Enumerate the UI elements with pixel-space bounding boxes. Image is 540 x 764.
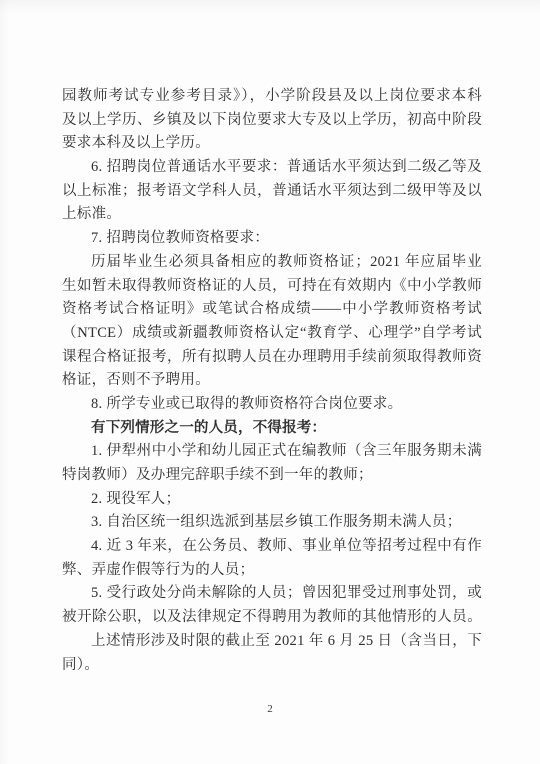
text-line: （NTCE）成绩或新疆教师资格认定“教育学、心理学”自学考试 — [62, 322, 482, 346]
document-body: 园教师考试专业参考目录》），小学阶段县及以上岗位要求本科及以上学历、乡镇及以下岗… — [62, 85, 482, 677]
text-line: 4. 近 3 年来，在公务员、教师、事业单位等招考过程中有作 — [62, 535, 482, 559]
text-line: 格证，否则不予聘用。 — [62, 369, 482, 393]
text-line: 有下列情形之一的人员，不得报考： — [62, 417, 482, 441]
text-line: 要求本科及以上学历。 — [62, 132, 482, 156]
text-line: 资格考试合格证明》或笔试合格成绩——中小学教师资格考试 — [62, 298, 482, 322]
text-line: 上标准。 — [62, 203, 482, 227]
text-line: 7. 招聘岗位教师资格要求： — [62, 227, 482, 251]
page-number: 2 — [0, 703, 540, 715]
text-line: 同）。 — [62, 654, 482, 678]
text-line: 6. 招聘岗位普通话水平要求：普通话水平须达到二级乙等及 — [62, 156, 482, 180]
text-line: 课程合格证报考，所有拟聘人员在办理聘用手续前须取得教师资 — [62, 346, 482, 370]
text-line: 8. 所学专业或已取得的教师资格符合岗位要求。 — [62, 393, 482, 417]
text-line: 5. 受行政处分尚未解除的人员；曾因犯罪受过刑事处罚，或 — [62, 582, 482, 606]
text-line: 特岗教师）及办理完辞职手续不到一年的教师； — [62, 464, 482, 488]
text-line: 上述情形涉及时限的截止至 2021 年 6 月 25 日（含当日，下 — [62, 630, 482, 654]
text-line: 1. 伊犁州中小学和幼儿园正式在编教师（含三年服务期未满 — [62, 440, 482, 464]
text-line: 生如暂未取得教师资格证的人员，可持在有效期内《中小学教师 — [62, 275, 482, 299]
text-line: 以上标准；报考语文学科人员，普通话水平须达到二级甲等及以 — [62, 180, 482, 204]
text-line: 3. 自治区统一组织选派到基层乡镇工作服务期未满人员； — [62, 511, 482, 535]
text-line: 2. 现役军人； — [62, 488, 482, 512]
text-line: 弊、弄虚作假等行为的人员； — [62, 559, 482, 583]
document-page: 园教师考试专业参考目录》），小学阶段县及以上岗位要求本科及以上学历、乡镇及以下岗… — [0, 0, 540, 764]
text-line: 历届毕业生必须具备相应的教师资格证；2021 年应届毕业 — [62, 251, 482, 275]
text-line: 园教师考试专业参考目录》），小学阶段县及以上岗位要求本科 — [62, 85, 482, 109]
text-line: 被开除公职，以及法律规定不得聘用为教师的其他情形的人员。 — [62, 606, 482, 630]
text-line: 及以上学历、乡镇及以下岗位要求大专及以上学历，初高中阶段 — [62, 109, 482, 133]
